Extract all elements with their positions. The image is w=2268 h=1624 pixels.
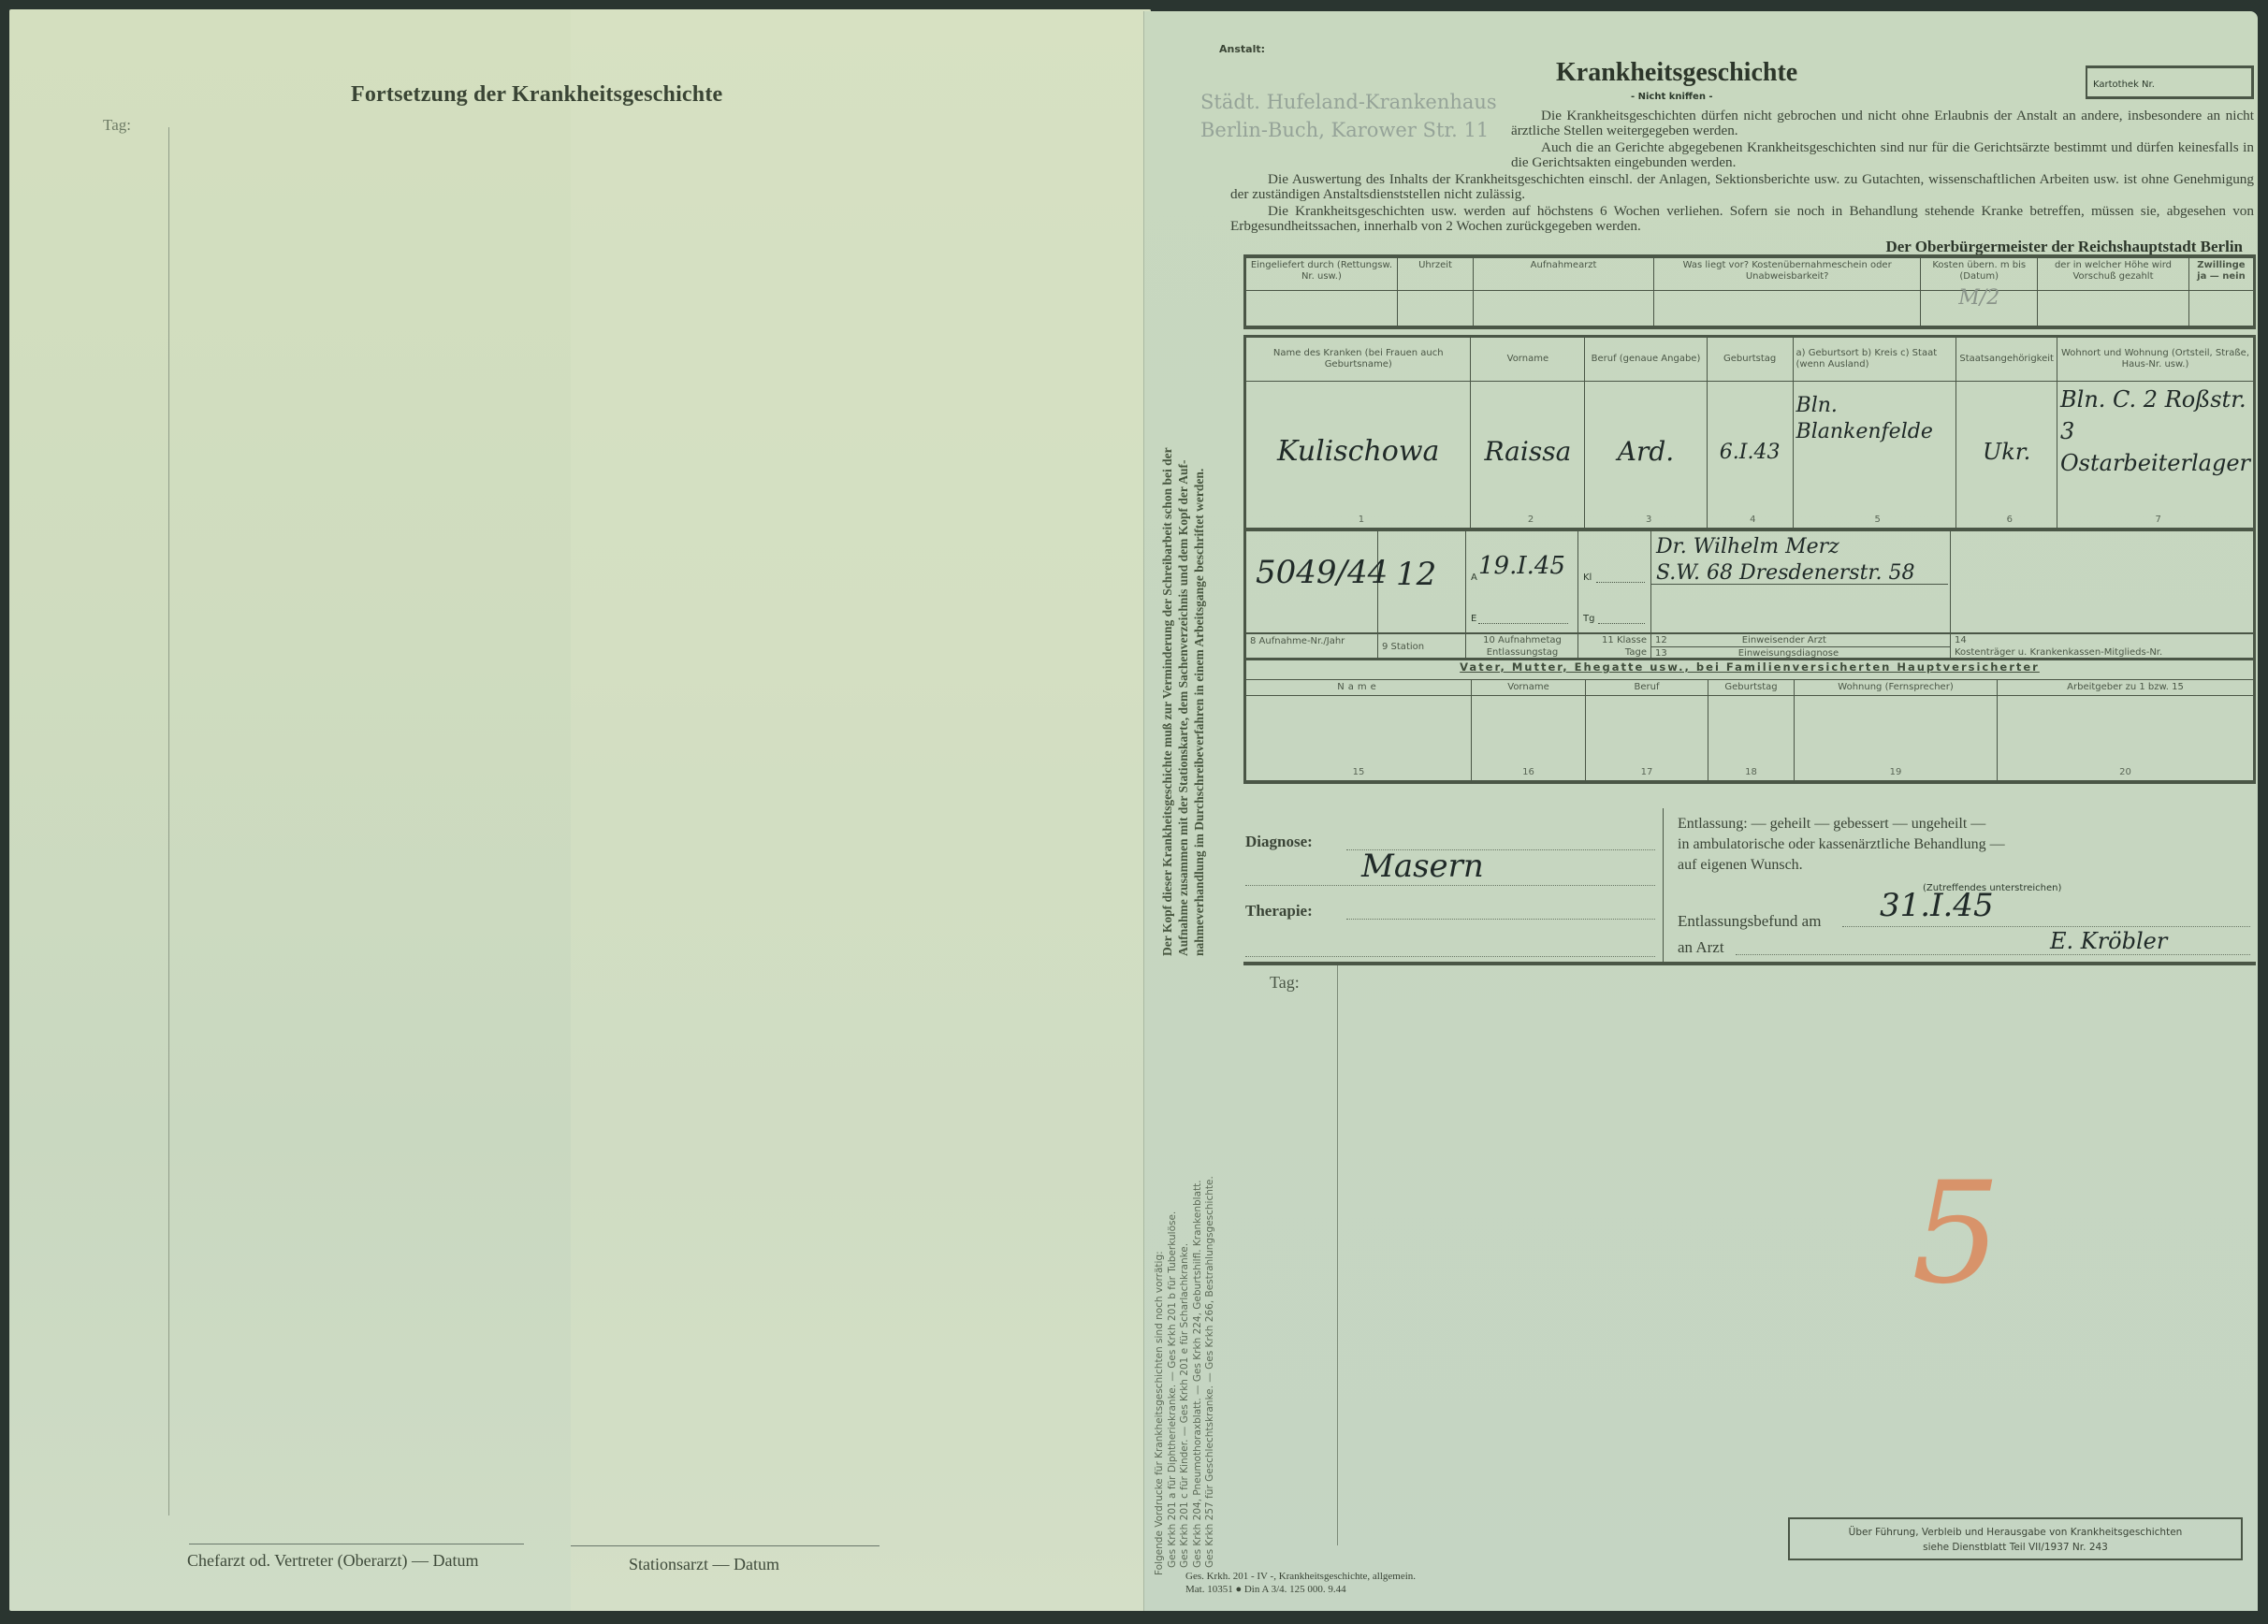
cell-occupation[interactable]: Ard. 3 bbox=[1585, 382, 1707, 529]
header-time: Uhrzeit bbox=[1397, 256, 1473, 290]
admission-number: 5049/44 bbox=[1256, 554, 1388, 591]
authority-line: Der Oberbürgermeister der Reichshauptsta… bbox=[1885, 238, 2243, 256]
label-discharge-date: Entlassungstag bbox=[1466, 646, 1578, 659]
header-birthday: Geburtstag bbox=[1707, 337, 1793, 382]
discharge-line-1: Entlassung: — geheilt — gebessert — unge… bbox=[1678, 814, 2202, 834]
header-birthplace: a) Geburtsort b) Kreis c) Staat (wenn Au… bbox=[1793, 337, 1956, 382]
label-days-text: Tage bbox=[1578, 646, 1647, 659]
notice-3: Die Auswertung des Inhalts der Krankheit… bbox=[1230, 172, 2254, 202]
continuation-sheet: Fortsetzung der Krankheitsgeschichte Tag… bbox=[9, 9, 1151, 1611]
field-number: 6 bbox=[2007, 515, 2013, 526]
discharge-findings-line bbox=[1842, 926, 2250, 927]
stamp-line-2: Berlin-Buch, Karower Str. 11 bbox=[1200, 116, 1497, 144]
patient-occupation: Ard. bbox=[1618, 436, 1674, 467]
forms-note-line-0: Folgende Vordrucke für Krankheitsgeschic… bbox=[1154, 1176, 1167, 1575]
label-admission-date: 10 Aufnahmetag bbox=[1466, 634, 1578, 646]
side-note-line-3: nahmeverhandlung im Durchschreibeverfahr… bbox=[1191, 447, 1207, 956]
label-13-num: 13 bbox=[1651, 648, 1667, 659]
margin-line bbox=[168, 127, 169, 1515]
field-number: 19 bbox=[1890, 767, 1902, 777]
header-nationality: Staatsangehörigkeit bbox=[1956, 337, 2057, 382]
referring-doctor: Dr. Wilhelm Merz bbox=[1656, 535, 1839, 558]
medical-record-form: Anstalt: Städt. Hufeland-Krankenhaus Ber… bbox=[1143, 11, 2258, 1611]
signature-label-station: Stationsarzt — Datum bbox=[629, 1555, 779, 1574]
notice-2: Auch die an Gerichte abgegebenen Krankhe… bbox=[1511, 140, 2254, 170]
field-number: 20 bbox=[2119, 767, 2131, 777]
discharge-line-2: in ambulatorische oder kassenärztliche B… bbox=[1678, 834, 2202, 855]
class-line bbox=[1596, 582, 1645, 583]
label-admission-no: 8 Aufnahme-Nr./Jahr bbox=[1250, 636, 1374, 647]
patient-residence: Bln. C. 2 Roßstr. 3 Ostarbeiterlager bbox=[2060, 384, 2250, 479]
patient-nationality: Ukr. bbox=[1983, 439, 2030, 465]
family-header-birthday: Geburtstag bbox=[1708, 680, 1795, 696]
section-divider bbox=[1663, 808, 1664, 962]
patient-birthplace: Bln. Blankenfelde bbox=[1796, 384, 1954, 445]
cell-delivered-by[interactable] bbox=[1245, 290, 1398, 327]
label-14-num: 14 bbox=[1955, 634, 2253, 646]
cell-admission-date[interactable]: A 19.I.45 E bbox=[1465, 531, 1578, 632]
header-patient-name: Name des Kranken (bei Frauen auch Geburt… bbox=[1245, 337, 1471, 382]
side-note-line-2: Aufnahme zusammen mit der Stationskarte,… bbox=[1175, 447, 1191, 956]
stamp-line-1: Städt. Hufeland-Krankenhaus bbox=[1200, 88, 1497, 116]
header-twins: Zwillinge ja — nein bbox=[2188, 256, 2254, 290]
side-note: Der Kopf dieser Krankheitsgeschichte muß… bbox=[1159, 447, 1207, 956]
label-insurer: 14 Kostenträger u. Krankenkassen-Mitglie… bbox=[1950, 634, 2253, 660]
cell-birthday[interactable]: 6.I.43 4 bbox=[1707, 382, 1793, 529]
header-delivered-by: Eingeliefert durch (Rettungsw. Nr. usw.) bbox=[1245, 256, 1398, 290]
field-number: 7 bbox=[2156, 515, 2161, 526]
field-number: 3 bbox=[1646, 515, 1651, 526]
header-occupation: Beruf (genaue Angabe) bbox=[1585, 337, 1707, 382]
forms-note-line-1: Ges Krkh 201 a für Diphtheriekranke. — G… bbox=[1167, 1176, 1180, 1575]
doctor-line bbox=[1736, 954, 2250, 955]
cell-first-name[interactable]: Raissa 2 bbox=[1471, 382, 1585, 529]
a-label: A bbox=[1471, 573, 1477, 583]
cell-birthplace[interactable]: Bln. Blankenfelde 5 bbox=[1793, 382, 1956, 529]
header-first-name: Vorname bbox=[1471, 337, 1585, 382]
therapy-line-1 bbox=[1346, 919, 1655, 920]
therapy-label: Therapie: bbox=[1245, 902, 1313, 921]
e-label: E bbox=[1471, 614, 1476, 624]
label-referring-doctor: Einweisender Arzt bbox=[1667, 635, 1826, 645]
forms-note: Folgende Vordrucke für Krankheitsgeschic… bbox=[1154, 1176, 1217, 1575]
cell-admission-no[interactable]: 5049/44 bbox=[1246, 531, 1378, 632]
station-number: 12 bbox=[1396, 556, 1436, 593]
patient-first-name: Raissa bbox=[1484, 436, 1571, 467]
field-number: 15 bbox=[1353, 767, 1365, 777]
doctor-label: an Arzt bbox=[1678, 937, 1724, 958]
form-subtitle: - Nicht kniffen - bbox=[1631, 92, 1713, 102]
field-number: 1 bbox=[1359, 515, 1364, 526]
institution-label: Anstalt: bbox=[1219, 43, 1265, 55]
cell-class-days[interactable]: Kl Tg bbox=[1577, 531, 1651, 632]
family-table: Name Vorname Beruf Geburtstag Wohnung (F… bbox=[1243, 679, 2256, 784]
field-number: 4 bbox=[1750, 515, 1755, 526]
form-title: Krankheitsgeschichte bbox=[1556, 58, 1797, 88]
header-costs-until: Kosten übern. m bis (Datum) bbox=[1921, 256, 2038, 290]
diagnosis-label: Diagnose: bbox=[1245, 833, 1313, 851]
notes-day-label: Tag: bbox=[1270, 973, 1300, 993]
header-advance: der in welcher Höhe wird Vorschuß gezahl… bbox=[2038, 256, 2189, 290]
kartothek-field[interactable]: Kartothek Nr. bbox=[2086, 65, 2254, 99]
doctor-value[interactable]: E. Kröbler bbox=[2050, 928, 2167, 954]
forms-note-line-2: Ges Krkh 201 c für Kinder. — Ges Krkh 20… bbox=[1179, 1176, 1192, 1575]
side-note-line-1: Der Kopf dieser Krankheitsgeschichte muß… bbox=[1159, 447, 1175, 956]
forms-note-line-3: Ges Krkh 204, Pneumothoraxblatt. — Ges K… bbox=[1192, 1176, 1205, 1575]
cell-patient-name[interactable]: Kulischowa 1 bbox=[1245, 382, 1471, 529]
cell-cost-coverage[interactable] bbox=[1653, 290, 1920, 327]
notice-1: Die Krankheitsgeschichten dürfen nicht g… bbox=[1511, 109, 2254, 138]
label-dates: 10 Aufnahmetag Entlassungstag bbox=[1465, 634, 1578, 660]
field-number: 18 bbox=[1745, 767, 1757, 777]
underlying-page bbox=[571, 9, 1151, 1611]
cell-costs-until[interactable]: M/2 bbox=[1921, 290, 2038, 327]
class-label: Kl bbox=[1583, 573, 1592, 583]
header-cost-coverage: Was liegt vor? Kostenübernahmeschein ode… bbox=[1653, 256, 1920, 290]
signature-label-chief: Chefarzt od. Vertreter (Oberarzt) — Datu… bbox=[187, 1551, 479, 1571]
form-print-info: Ges. Krkh. 201 - IV -, Krankheitsgeschic… bbox=[1185, 1570, 1416, 1596]
kartothek-label: Kartothek Nr. bbox=[2093, 80, 2155, 90]
label-class: 11 Klasse Tage bbox=[1577, 634, 1650, 660]
admission-details: 5049/44 12 A 19.I.45 E Kl Tg Dr. Wilhelm… bbox=[1243, 529, 2256, 660]
discharge-date[interactable]: 31.I.45 bbox=[1880, 887, 1994, 924]
continuation-title: Fortsetzung der Krankheitsgeschichte bbox=[351, 82, 722, 108]
cell-nationality[interactable]: Ukr. 6 bbox=[1956, 382, 2057, 529]
family-header-residence: Wohnung (Fernsprecher) bbox=[1795, 680, 1998, 696]
notice-4: Die Krankheitsgeschichten usw. werden au… bbox=[1230, 204, 2254, 234]
discharge-date-line bbox=[1478, 623, 1568, 624]
page-mark: 5 bbox=[1912, 1153, 2000, 1315]
discharge-options: Entlassung: — geheilt — gebessert — unge… bbox=[1678, 814, 2202, 876]
field-labels-row: 8 Aufnahme-Nr./Jahr 9 Station 10 Aufnahm… bbox=[1246, 632, 2253, 662]
days-line bbox=[1598, 623, 1645, 624]
patient-table: Name des Kranken (bei Frauen auch Geburt… bbox=[1243, 335, 2256, 530]
field-number: 17 bbox=[1641, 767, 1653, 777]
handling-notice-box: Über Führung, Verbleib und Herausgabe vo… bbox=[1788, 1517, 2243, 1560]
diagnosis-discharge-section: Diagnose: Masern Therapie: Entlassung: —… bbox=[1243, 808, 2256, 965]
discharge-line-3: auf eigenen Wunsch. bbox=[1678, 855, 2202, 876]
signature-line-chief bbox=[189, 1544, 524, 1544]
days-label: Tg bbox=[1583, 614, 1594, 624]
cell-residence[interactable]: Bln. C. 2 Roßstr. 3 Ostarbeiterlager 7 bbox=[2057, 382, 2255, 529]
label-insurer-text: Kostenträger u. Krankenkassen-Mitglieds-… bbox=[1955, 646, 2253, 659]
family-cell-occupation[interactable]: 17 bbox=[1586, 696, 1708, 782]
handling-notice-line-2: siehe Dienstblatt Teil VII/1937 Nr. 243 bbox=[1790, 1540, 2241, 1555]
header-admitting-doctor: Aufnahmearzt bbox=[1474, 256, 1654, 290]
notes-margin-line bbox=[1337, 965, 1338, 1545]
field-number: 16 bbox=[1522, 767, 1534, 777]
cell-advance[interactable] bbox=[2038, 290, 2189, 327]
label-station: 9 Station bbox=[1377, 634, 1465, 660]
handling-notice-line-1: Über Führung, Verbleib und Herausgabe vo… bbox=[1790, 1525, 2241, 1540]
family-title-text: Vater, Mutter, Ehegatte usw., bei Famili… bbox=[1460, 660, 2040, 674]
label-referral-diagnosis: Einweisungsdiagnose bbox=[1667, 648, 1839, 659]
referring-address: S.W. 68 Dresdenerstr. 58 bbox=[1656, 559, 1937, 587]
form-id: Ges. Krkh. 201 - IV -, Krankheitsgeschic… bbox=[1185, 1570, 1416, 1583]
family-section-title: Vater, Mutter, Ehegatte usw., bei Famili… bbox=[1243, 660, 2256, 679]
print-info: Mat. 10351 ● Din A 3/4. 125 000. 9.44 bbox=[1185, 1583, 1416, 1596]
header-residence: Wohnort und Wohnung (Ortsteil, Straße, H… bbox=[2057, 337, 2255, 382]
hospital-stamp: Städt. Hufeland-Krankenhaus Berlin-Buch,… bbox=[1200, 88, 1497, 144]
family-header-first-name: Vorname bbox=[1472, 680, 1586, 696]
diagnosis-value[interactable]: Masern bbox=[1361, 848, 1484, 885]
cell-twins[interactable] bbox=[2188, 290, 2254, 327]
family-cell-residence[interactable]: 19 bbox=[1795, 696, 1998, 782]
therapy-line-2 bbox=[1245, 956, 1655, 957]
diagnosis-line-2 bbox=[1245, 885, 1655, 886]
family-header-name: Name bbox=[1245, 680, 1472, 696]
discharge-findings-label: Entlassungsbefund am bbox=[1678, 911, 1821, 932]
forms-note-line-4: Ges Krkh 257 für Geschlechtskranke. — Ge… bbox=[1204, 1176, 1217, 1575]
cell-time[interactable] bbox=[1397, 290, 1473, 327]
family-cell-employer[interactable]: 20 bbox=[1998, 696, 2255, 782]
cell-admitting-doctor[interactable] bbox=[1474, 290, 1654, 327]
admission-table: Eingeliefert durch (Rettungsw. Nr. usw.)… bbox=[1243, 254, 2256, 329]
day-label: Tag: bbox=[103, 116, 131, 135]
cell-station[interactable]: 12 bbox=[1377, 531, 1466, 632]
family-cell-name[interactable]: 15 bbox=[1245, 696, 1472, 782]
label-referral: 12Einweisender Arzt 13Einweisungsdiagnos… bbox=[1650, 634, 1951, 660]
field-number: 5 bbox=[1874, 515, 1880, 526]
signature-line-station bbox=[571, 1545, 880, 1546]
admission-date: 19.I.45 bbox=[1478, 552, 1565, 580]
label-12-num: 12 bbox=[1651, 635, 1667, 645]
family-header-employer: Arbeitgeber zu 1 bzw. 15 bbox=[1998, 680, 2255, 696]
cell-referring-doctor[interactable]: Dr. Wilhelm Merz S.W. 68 Dresdenerstr. 5… bbox=[1650, 531, 1951, 632]
family-cell-birthday[interactable]: 18 bbox=[1708, 696, 1795, 782]
patient-birthday: 6.I.43 bbox=[1720, 441, 1781, 464]
family-cell-first-name[interactable]: 16 bbox=[1472, 696, 1586, 782]
field-number: 2 bbox=[1528, 515, 1534, 526]
family-header-occupation: Beruf bbox=[1586, 680, 1708, 696]
label-class-text: 11 Klasse bbox=[1578, 634, 1647, 646]
patient-surname: Kulischowa bbox=[1277, 435, 1439, 468]
